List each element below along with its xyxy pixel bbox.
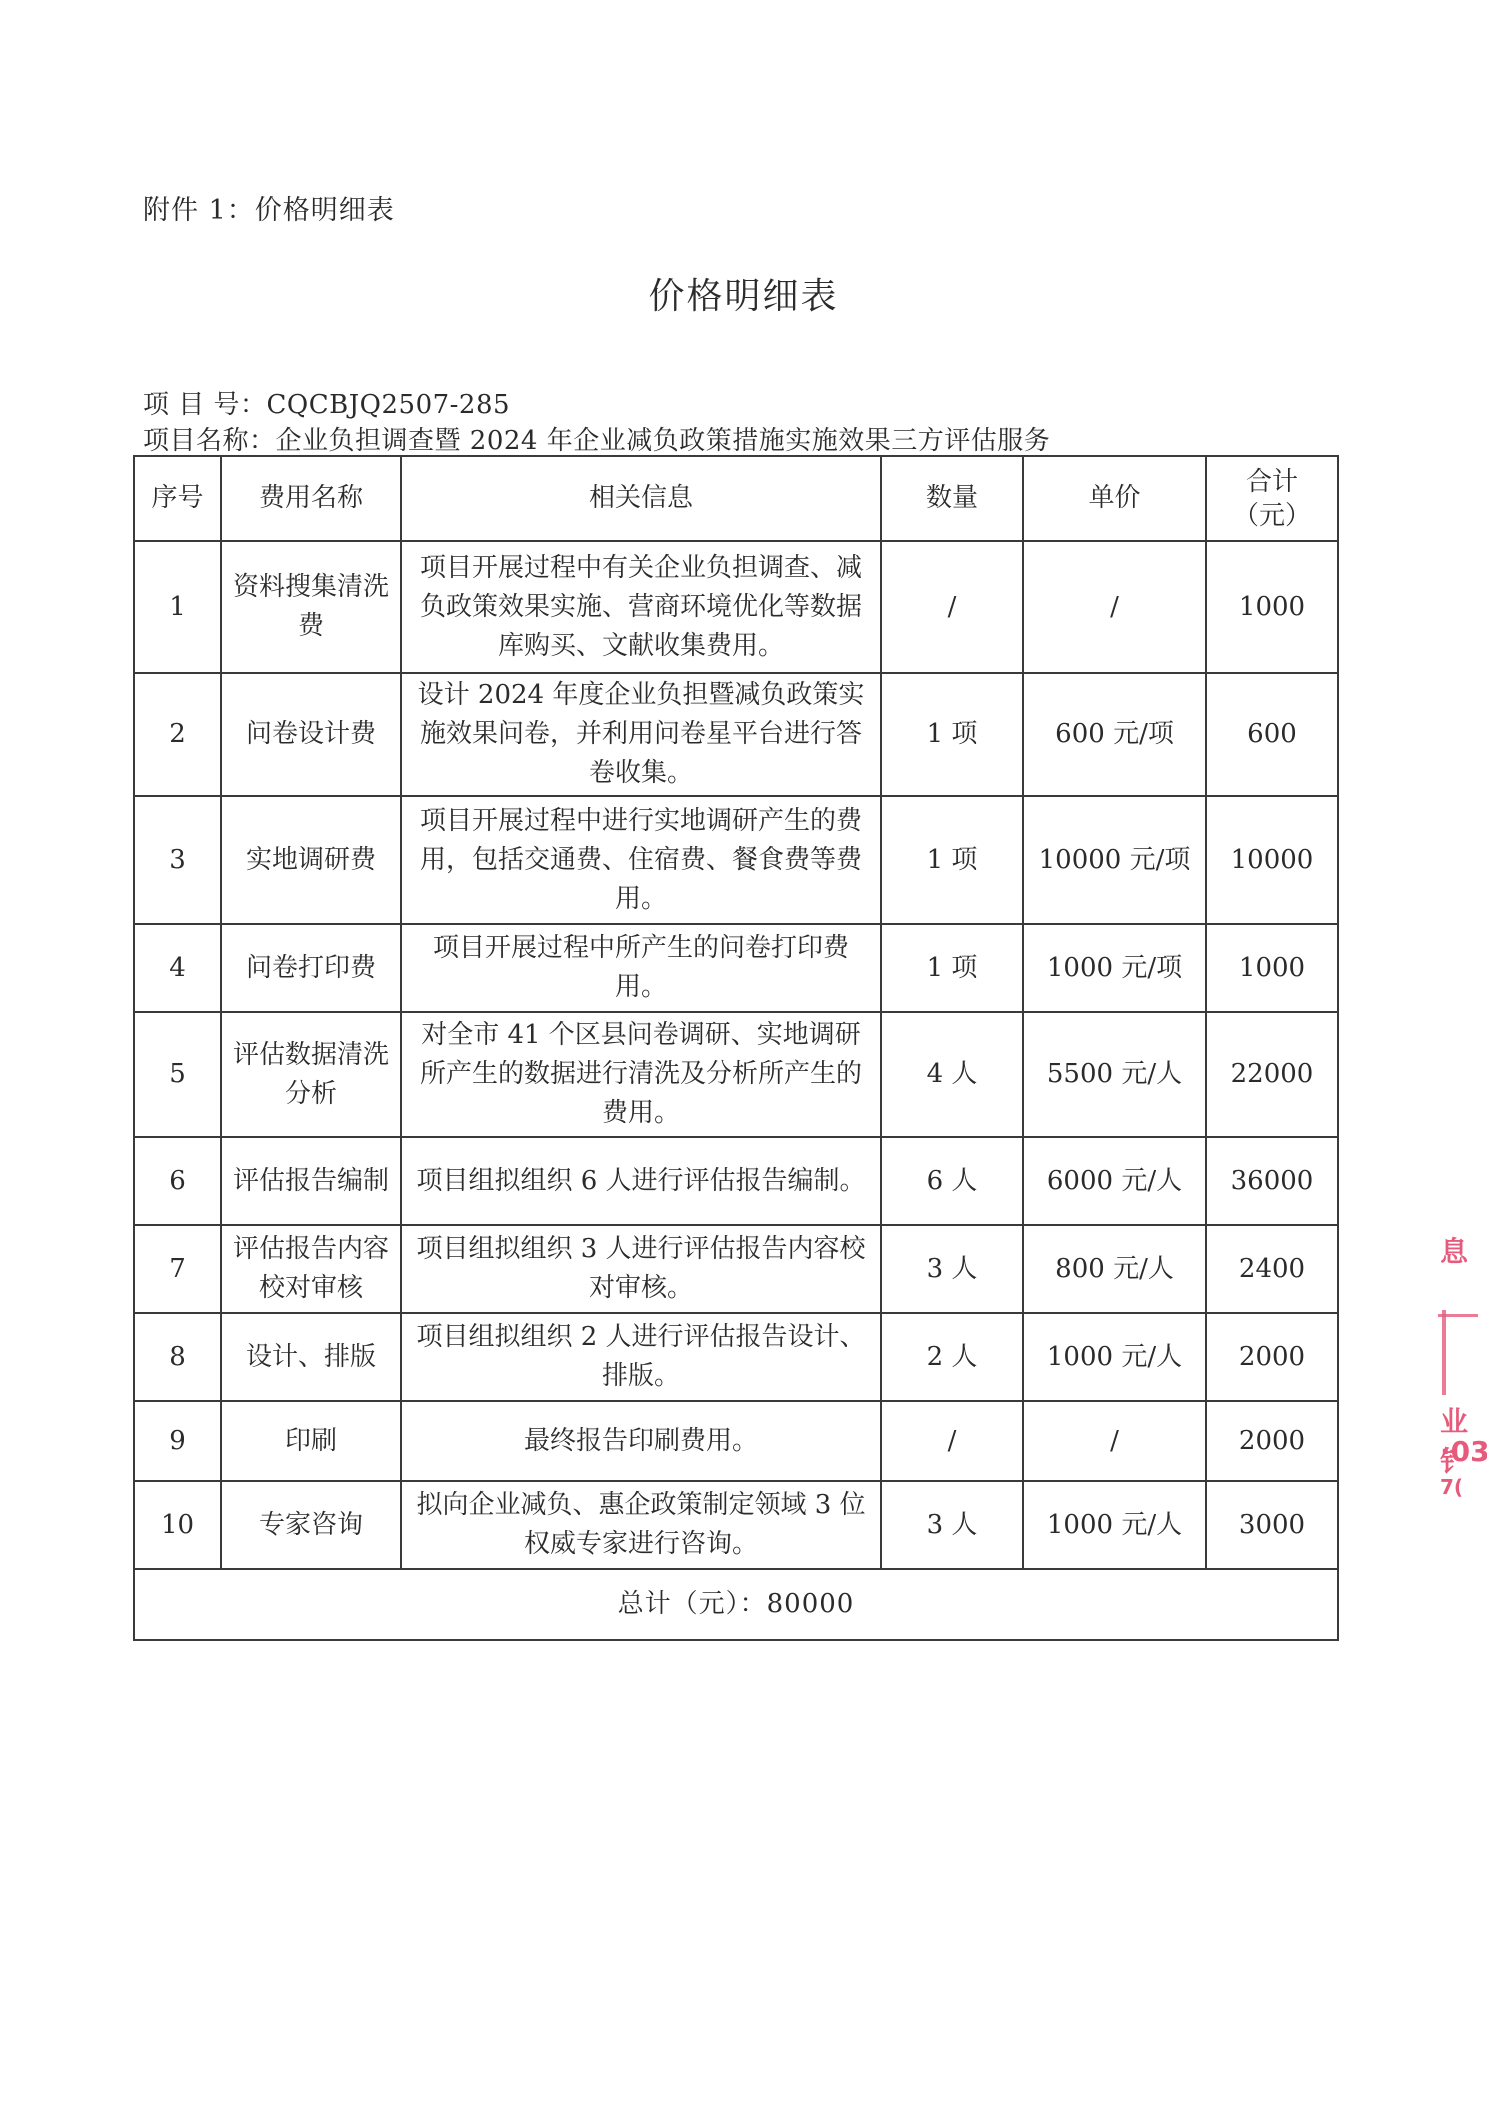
cell-no: 8: [134, 1313, 221, 1401]
cell-info: 设计 2024 年度企业负担暨减负政策实施效果问卷，并利用问卷星平台进行答卷收集…: [401, 673, 881, 796]
cell-unit-price: 5500 元/人: [1023, 1012, 1206, 1137]
header-total-line2: （元）: [1213, 499, 1331, 533]
cell-name: 设计、排版: [221, 1313, 401, 1401]
cell-name: 评估报告编制: [221, 1137, 401, 1225]
cell-unit-price: /: [1023, 541, 1206, 673]
table-row: 6 评估报告编制 项目组拟组织 6 人进行评估报告编制。 6 人 6000 元/…: [134, 1137, 1338, 1225]
table-row: 4 问卷打印费 项目开展过程中所产生的问卷打印费用。 1 项 1000 元/项 …: [134, 924, 1338, 1012]
project-number-line: 项 目 号：CQCBJQ2507-285: [143, 384, 510, 421]
table-row: 2 问卷设计费 设计 2024 年度企业负担暨减负政策实施效果问卷，并利用问卷星…: [134, 673, 1338, 796]
cell-total: 600: [1206, 673, 1338, 796]
cell-name: 评估数据清洗分析: [221, 1012, 401, 1137]
cell-unit-price: /: [1023, 1401, 1206, 1481]
cell-total: 36000: [1206, 1137, 1338, 1225]
cell-qty: 4 人: [881, 1012, 1023, 1137]
cell-qty: 1 项: [881, 924, 1023, 1012]
cell-qty: 1 项: [881, 673, 1023, 796]
project-number: CQCBJQ2507-285: [267, 390, 511, 420]
grand-total-row: 总计（元）：80000: [134, 1569, 1338, 1640]
cell-total: 3000: [1206, 1481, 1338, 1569]
cell-unit-price: 6000 元/人: [1023, 1137, 1206, 1225]
cell-name: 评估报告内容校对审核: [221, 1225, 401, 1313]
cell-no: 2: [134, 673, 221, 796]
header-no: 序号: [134, 456, 221, 541]
table-row: 10 专家咨询 拟向企业减负、惠企政策制定领域 3 位权威专家进行咨询。 3 人…: [134, 1481, 1338, 1569]
project-name-label: 项目名称：: [143, 426, 276, 456]
cell-no: 5: [134, 1012, 221, 1137]
project-name: 企业负担调查暨 2024 年企业减负政策措施实施效果三方评估服务: [276, 426, 1051, 456]
cell-unit-price: 1000 元/人: [1023, 1481, 1206, 1569]
cell-name: 问卷设计费: [221, 673, 401, 796]
cell-name: 问卷打印费: [221, 924, 401, 1012]
table-row: 3 实地调研费 项目开展过程中进行实地调研产生的费用，包括交通费、住宿费、餐食费…: [134, 796, 1338, 924]
table-row: 7 评估报告内容校对审核 项目组拟组织 3 人进行评估报告内容校对审核。 3 人…: [134, 1225, 1338, 1313]
cell-qty: 1 项: [881, 796, 1023, 924]
header-total-line1: 合计: [1213, 465, 1331, 499]
table-row: 8 设计、排版 项目组拟组织 2 人进行评估报告设计、排版。 2 人 1000 …: [134, 1313, 1338, 1401]
header-qty: 数量: [881, 456, 1023, 541]
cell-total: 10000: [1206, 796, 1338, 924]
project-number-label: 项 目 号：: [143, 390, 267, 420]
cell-no: 9: [134, 1401, 221, 1481]
cell-total: 1000: [1206, 541, 1338, 673]
cell-qty: 2 人: [881, 1313, 1023, 1401]
table-row: 5 评估数据清洗分析 对全市 41 个区县问卷调研、实地调研所产生的数据进行清洗…: [134, 1012, 1338, 1137]
page-title: 价格明细表: [0, 268, 1487, 319]
cell-no: 4: [134, 924, 221, 1012]
cell-no: 6: [134, 1137, 221, 1225]
table-row: 9 印刷 最终报告印刷费用。 / / 2000: [134, 1401, 1338, 1481]
table-row: 1 资料搜集清洗费 项目开展过程中有关企业负担调查、减负政策效果实施、营商环境优…: [134, 541, 1338, 673]
cell-info: 项目开展过程中所产生的问卷打印费用。: [401, 924, 881, 1012]
cell-total: 2400: [1206, 1225, 1338, 1313]
cell-qty: /: [881, 541, 1023, 673]
cell-no: 10: [134, 1481, 221, 1569]
header-info: 相关信息: [401, 456, 881, 541]
cell-info: 对全市 41 个区县问卷调研、实地调研所产生的数据进行清洗及分析所产生的费用。: [401, 1012, 881, 1137]
cell-unit-price: 600 元/项: [1023, 673, 1206, 796]
price-detail-table: 序号 费用名称 相关信息 数量 单价 合计 （元） 1 资料搜集清洗费 项目开展…: [133, 455, 1339, 1641]
cell-qty: 6 人: [881, 1137, 1023, 1225]
project-name-line: 项目名称：企业负担调查暨 2024 年企业减负政策措施实施效果三方评估服务: [143, 420, 1050, 457]
cell-name: 实地调研费: [221, 796, 401, 924]
header-name: 费用名称: [221, 456, 401, 541]
cell-unit-price: 800 元/人: [1023, 1225, 1206, 1313]
cell-info: 项目开展过程中有关企业负担调查、减负政策效果实施、营商环境优化等数据库购买、文献…: [401, 541, 881, 673]
cell-total: 1000: [1206, 924, 1338, 1012]
cell-info: 项目组拟组织 3 人进行评估报告内容校对审核。: [401, 1225, 881, 1313]
cell-name: 资料搜集清洗费: [221, 541, 401, 673]
stamp-text: ·03: [1440, 1435, 1487, 1468]
cell-qty: /: [881, 1401, 1023, 1481]
cell-name: 印刷: [221, 1401, 401, 1481]
cell-no: 1: [134, 541, 221, 673]
cell-unit-price: 1000 元/项: [1023, 924, 1206, 1012]
cell-name: 专家咨询: [221, 1481, 401, 1569]
table-header-row: 序号 费用名称 相关信息 数量 单价 合计 （元）: [134, 456, 1338, 541]
attachment-label: 附件 1：价格明细表: [143, 188, 395, 227]
stamp-text: 7(: [1440, 1475, 1463, 1499]
header-unit-price: 单价: [1023, 456, 1206, 541]
cell-qty: 3 人: [881, 1481, 1023, 1569]
document-page: 附件 1：价格明细表 价格明细表 项 目 号：CQCBJQ2507-285 项目…: [0, 0, 1487, 2105]
stamp-mark: [1442, 1310, 1446, 1395]
cell-total: 2000: [1206, 1401, 1338, 1481]
cell-unit-price: 10000 元/项: [1023, 796, 1206, 924]
cell-info: 拟向企业减负、惠企政策制定领域 3 位权威专家进行咨询。: [401, 1481, 881, 1569]
cell-info: 最终报告印刷费用。: [401, 1401, 881, 1481]
cell-qty: 3 人: [881, 1225, 1023, 1313]
seal-stamp-fragment: 息 业钅 ·03 7(: [1432, 1220, 1487, 1520]
cell-no: 7: [134, 1225, 221, 1313]
cell-total: 22000: [1206, 1012, 1338, 1137]
cell-no: 3: [134, 796, 221, 924]
cell-info: 项目开展过程中进行实地调研产生的费用，包括交通费、住宿费、餐食费等费用。: [401, 796, 881, 924]
cell-info: 项目组拟组织 2 人进行评估报告设计、排版。: [401, 1313, 881, 1401]
grand-total: 总计（元）：80000: [134, 1569, 1338, 1640]
cell-unit-price: 1000 元/人: [1023, 1313, 1206, 1401]
cell-info: 项目组拟组织 6 人进行评估报告编制。: [401, 1137, 881, 1225]
stamp-text: 息: [1440, 1230, 1468, 1270]
cell-total: 2000: [1206, 1313, 1338, 1401]
header-total: 合计 （元）: [1206, 456, 1338, 541]
